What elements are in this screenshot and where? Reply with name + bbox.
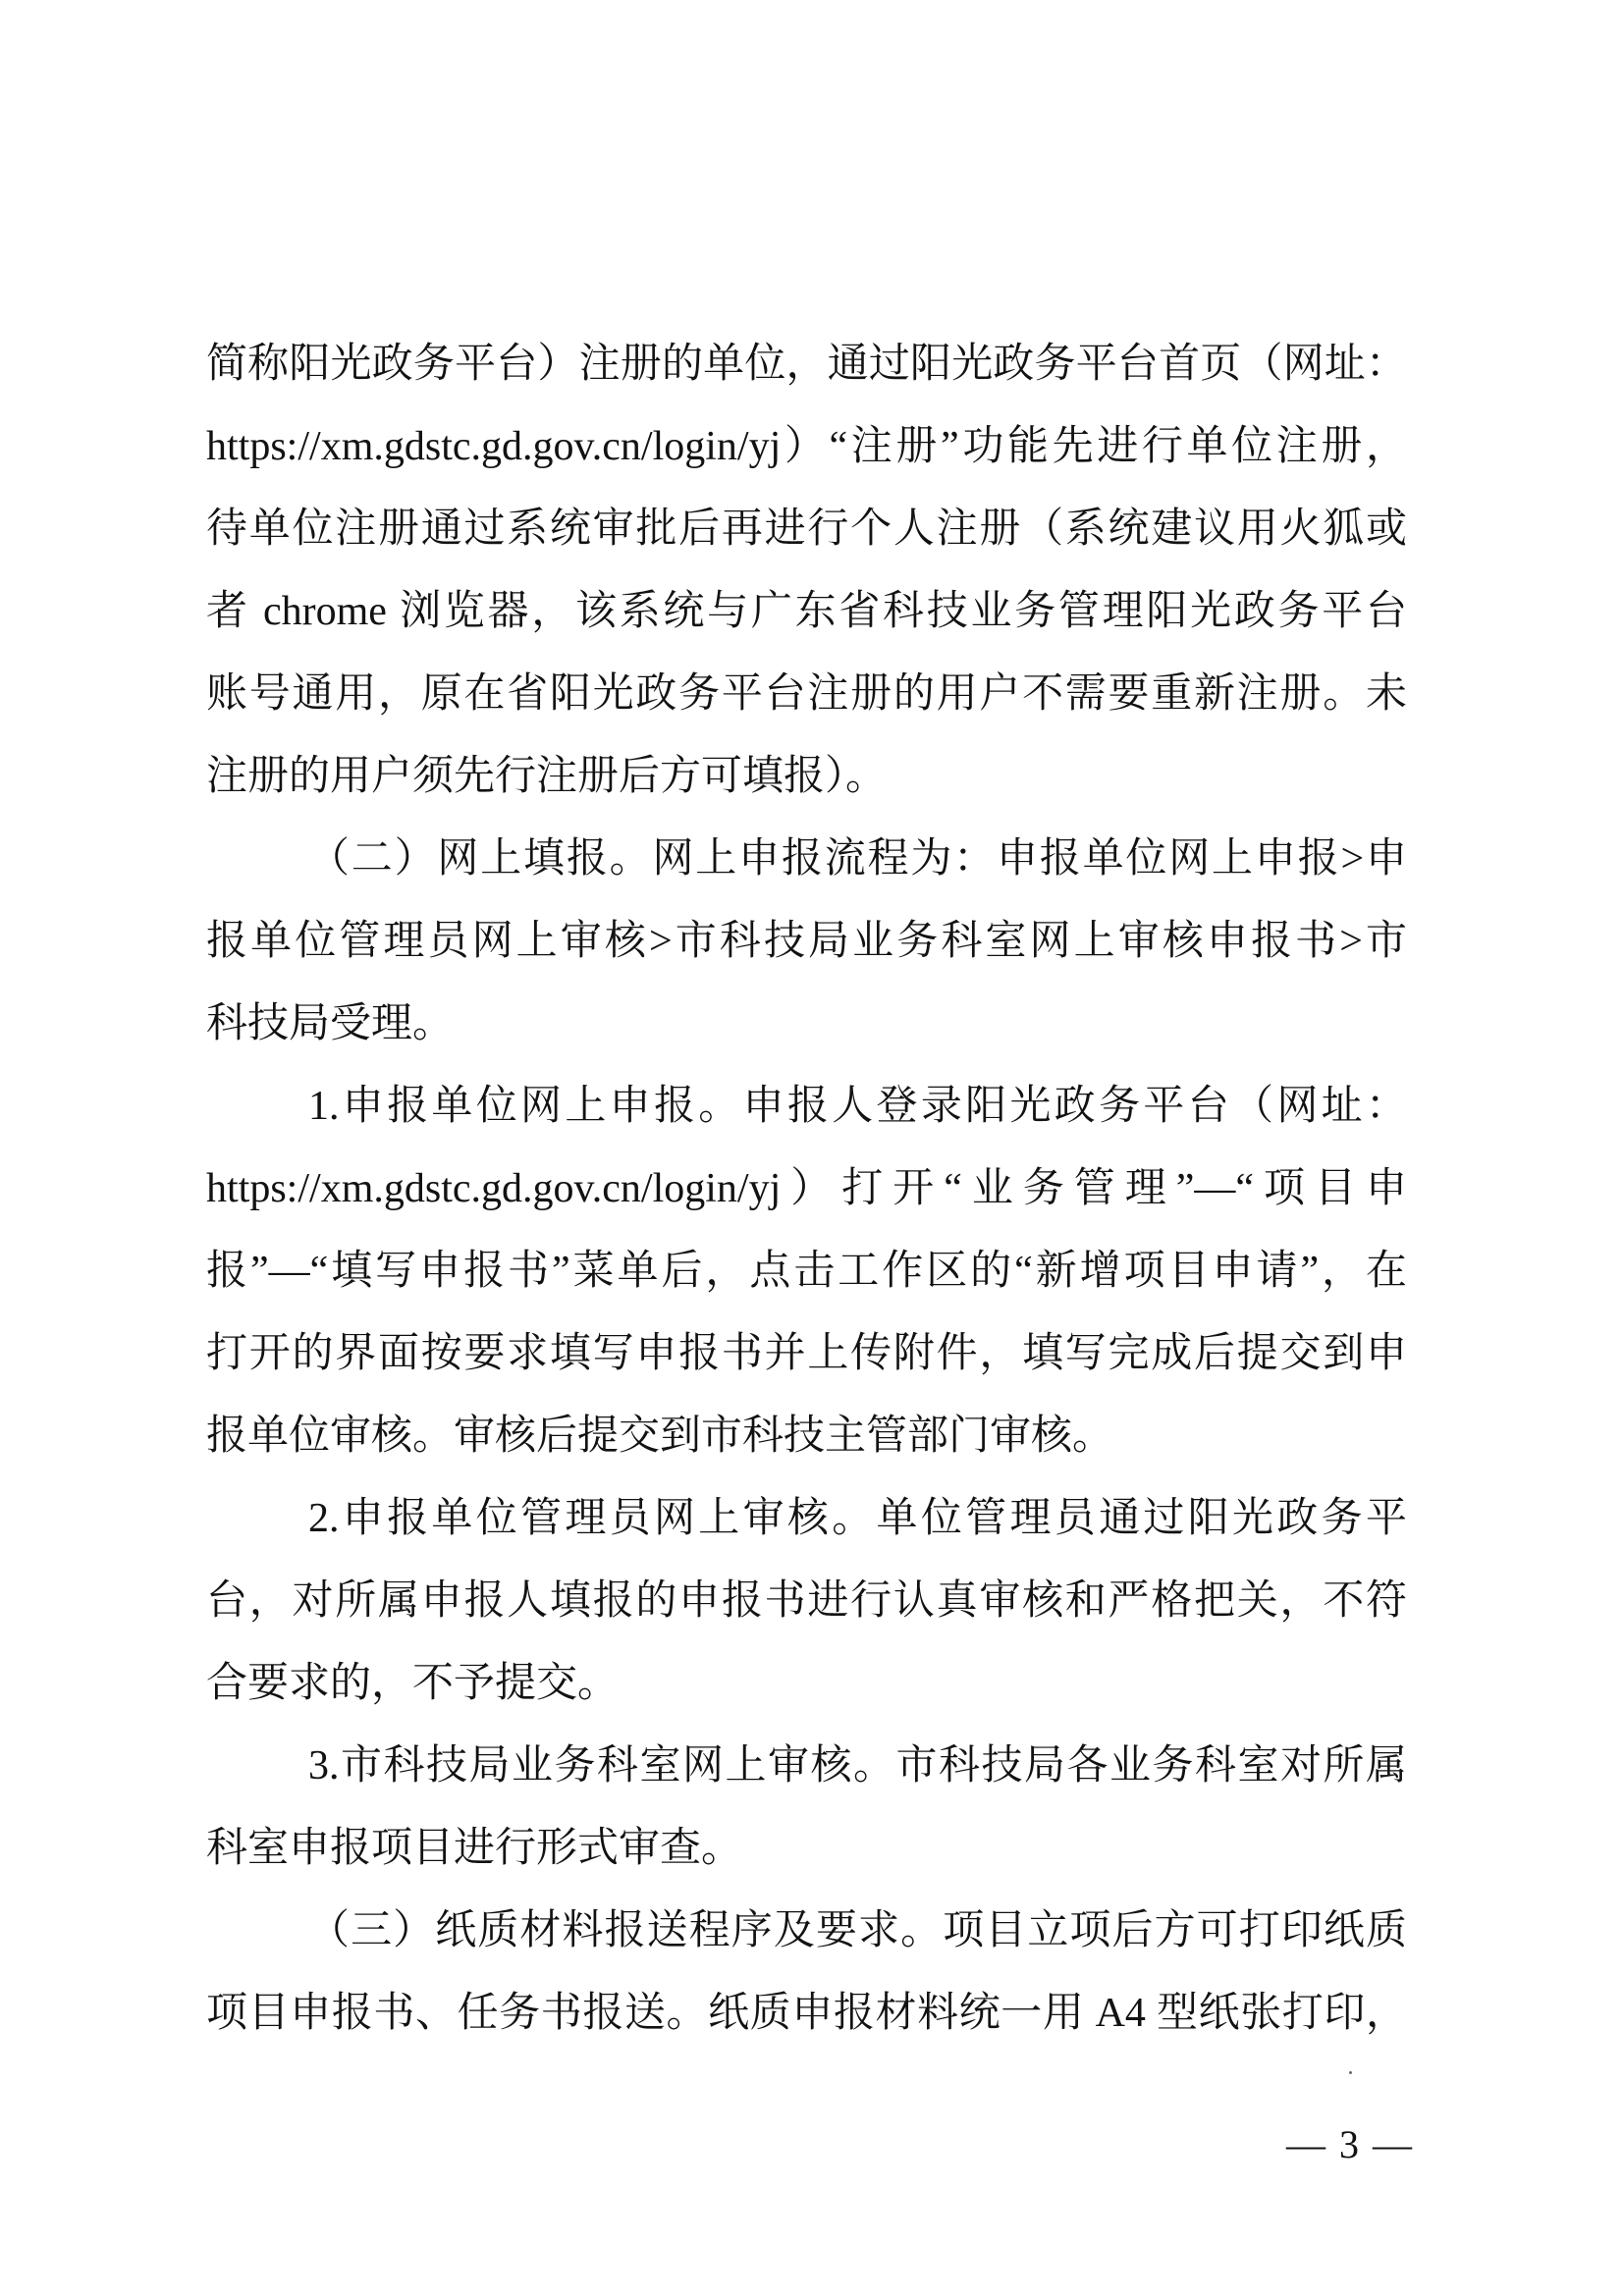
text-line: 者 chrome 浏览器，该系统与广东省科技业务管理阳光政务平台 (206, 570, 1407, 653)
scan-speck (1349, 2071, 1352, 2074)
page-number: — 3 — (1286, 2120, 1414, 2169)
text-line: 报单位审核。审核后提交到市科技主管部门审核。 (206, 1395, 1407, 1477)
text-line: 账号通用，原在省阳光政务平台注册的用户不需要重新注册。未 (206, 653, 1407, 735)
text-line: 注册的用户须先行注册后方可填报）。 (206, 735, 1407, 818)
text-line: 项目申报书、任务书报送。纸质申报材料统一用 A4 型纸张打印， (206, 1972, 1407, 2055)
text-line: 报单位管理员网上审核>市科技局业务科室网上审核申报书>市 (206, 900, 1407, 983)
text-line: 3.市科技局业务科室网上审核。市科技局各业务科室对所属 (206, 1725, 1407, 1807)
text-line: 简称阳光政务平台）注册的单位，通过阳光政务平台首页（网址： (206, 323, 1407, 405)
text-line: 打开的界面按要求填写申报书并上传附件，填写完成后提交到申 (206, 1312, 1407, 1395)
text-line: 2.申报单位管理员网上审核。单位管理员通过阳光政务平 (206, 1477, 1407, 1560)
text-line: https://xm.gdstc.gd.gov.cn/login/yj）打开“业… (206, 1148, 1407, 1230)
text-line: （二）网上填报。网上申报流程为：申报单位网上申报>申 (206, 818, 1407, 900)
text-line: 合要求的，不予提交。 (206, 1642, 1407, 1725)
text-line: 科室申报项目进行形式审查。 (206, 1807, 1407, 1890)
text-line: 科技局受理。 (206, 983, 1407, 1065)
document-page: 简称阳光政务平台）注册的单位，通过阳光政务平台首页（网址：https://xm.… (0, 0, 1622, 2296)
text-line: 待单位注册通过系统审批后再进行个人注册（系统建议用火狐或 (206, 488, 1407, 570)
text-line: （三）纸质材料报送程序及要求。项目立项后方可打印纸质 (206, 1890, 1407, 1972)
text-line: 1.申报单位网上申报。申报人登录阳光政务平台（网址： (206, 1065, 1407, 1148)
document-body: 简称阳光政务平台）注册的单位，通过阳光政务平台首页（网址：https://xm.… (206, 323, 1407, 2055)
text-line: 台，对所属申报人填报的申报书进行认真审核和严格把关，不符 (206, 1560, 1407, 1642)
text-line: 报”—“填写申报书”菜单后，点击工作区的“新增项目申请”，在 (206, 1230, 1407, 1312)
text-line: https://xm.gdstc.gd.gov.cn/login/yj）“注册”… (206, 405, 1407, 488)
